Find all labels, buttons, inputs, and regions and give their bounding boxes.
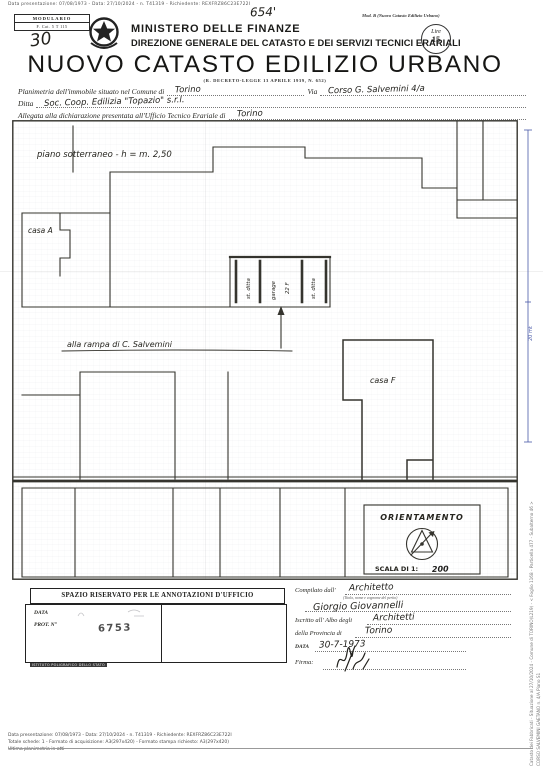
handwritten-sheet-number: 654'	[250, 5, 277, 20]
emblem-star	[93, 21, 115, 42]
comune-field: Torino	[167, 84, 304, 96]
wall-casa-f	[343, 340, 433, 479]
scanned-cadastral-document: Data presentazione: 07/08/1973 - Data: 2…	[0, 0, 543, 768]
digital-measure-line: 20 mt	[521, 126, 537, 446]
annotations-box-title: SPAZIO RISERVATO PER LE ANNOTAZIONI D'UF…	[30, 588, 285, 604]
modulario-title: MODULARIO	[15, 15, 89, 23]
floor-plan-drawing: piano sotterraneo - h = m. 2,50 casa A a…	[12, 120, 518, 580]
orientation-title: ORIENTAMENTO	[380, 513, 464, 522]
protocol-number-stamp: 6753	[98, 622, 132, 634]
ditta-field: Soc. Coop. Edilizia "Topazio" s.r.l.	[36, 96, 526, 108]
rule	[355, 637, 511, 638]
side-annotation: Catasto dei Fabbricati - Situazione al 2…	[529, 556, 542, 766]
albo-label: Iscritto all' Albo degli	[295, 617, 352, 624]
firma-label: Firma:	[295, 659, 313, 666]
lire-stamp: Lire 15	[421, 24, 451, 54]
comune-value: Torino	[175, 85, 201, 96]
compass-triangle	[412, 531, 433, 553]
scan-meta-header: Data presentazione: 07/08/1973 - Data: 2…	[8, 2, 250, 7]
compilato-value: Architetto	[349, 582, 394, 593]
side-annotation-line2: CORSO SALVEMINI GAETANO n. 4/A Piano S1	[536, 556, 542, 766]
modulario-box: MODULARIO F. Cat. 5 T 115	[14, 14, 90, 31]
document-subtitle: (R. DECRETO-LEGGE 13 APRILE 1939, N. 652…	[12, 78, 518, 83]
directorate-title: DIREZIONE GENERALE DEL CATASTO E DEI SER…	[131, 38, 461, 48]
annotations-data-label: DATA	[34, 610, 48, 616]
measure-value-label: 20 mt	[528, 326, 534, 341]
signature-icon	[333, 645, 377, 673]
wall-lower-left	[22, 372, 228, 479]
albo-value: Architetti	[373, 612, 415, 623]
state-emblem-icon	[85, 13, 123, 51]
wall-band-dividers	[75, 488, 345, 577]
floor-plan-area: piano sotterraneo - h = m. 2,50 casa A a…	[12, 120, 518, 580]
compilato-label: Compilato dall'	[295, 587, 336, 594]
room-garage-label: garage	[271, 280, 277, 300]
ditta-value: Soc. Coop. Edilizia "Topazio" s.r.l.	[44, 95, 185, 109]
wall-stepped-top	[110, 147, 457, 307]
modulario-code: F. Cat. 5 T 115	[15, 23, 89, 30]
lire-stamp-value: 15	[422, 35, 450, 44]
casa-f-label: casa F	[370, 376, 396, 385]
side-annotation-line1: Catasto dei Fabbricati - Situazione al 2…	[529, 556, 535, 766]
floor-level-label: piano sotterraneo - h = m. 2,50	[36, 150, 172, 160]
casa-a-label: casa A	[28, 226, 53, 235]
stamp-smudge	[78, 610, 144, 616]
room-garage-number: 22 F	[285, 281, 291, 294]
wall-right-column	[457, 122, 516, 218]
via-label: Via	[307, 87, 317, 96]
ramp-underline	[62, 350, 292, 351]
via-value: Corso G. Salvemini 4/a	[328, 84, 425, 97]
comune-label: Planimetria dell'immobile situato nel Co…	[18, 87, 164, 96]
scale-value-handwritten: 200	[432, 564, 449, 574]
compiler-section: Compilato dall' Architetto (Titolo, nome…	[295, 583, 521, 678]
form-row-ditta: Ditta Soc. Coop. Edilizia "Topazio" s.r.…	[18, 96, 529, 108]
room-left-label: st. ditta	[246, 278, 252, 299]
provincia-value: Torino	[365, 626, 393, 637]
faint-stamp-mark	[74, 607, 154, 621]
ditta-label: Ditta	[18, 99, 33, 108]
ufficio-label: Allegata alla dichiarazione presentata a…	[18, 111, 226, 120]
annotations-prot-label: PROT. N°	[34, 622, 57, 628]
ministry-title: MINISTERO DELLE FINANZE	[131, 23, 300, 35]
compiler-date-label: DATA	[295, 644, 309, 650]
ufficio-value: Torino	[236, 109, 262, 120]
signature-stroke	[337, 646, 369, 671]
ufficio-field: Torino	[229, 108, 527, 120]
footer-rule	[8, 748, 533, 749]
form-row-comune: Planimetria dell'immobile situato nel Co…	[18, 84, 529, 96]
printer-imprint: ISTITUTO POLIGRAFICO DELLO STATO	[30, 663, 107, 667]
rule	[345, 594, 511, 595]
footer-line-2: Totale schede: 1 - Formato di acquisizio…	[8, 740, 232, 747]
scan-footer: Data presentazione: 07/08/1973 - Data: 2…	[8, 733, 232, 754]
plan-border	[13, 121, 517, 579]
scale-label: SCALA DI 1:	[375, 565, 418, 573]
wall-bottom-band	[22, 488, 508, 577]
ramp-label: alla rampa di C. Salvemini	[67, 340, 173, 349]
form-row-ufficio: Allegata alla dichiarazione presentata a…	[18, 108, 529, 120]
compass-center-dot	[420, 542, 424, 546]
provincia-label: della Provincia di	[295, 630, 342, 637]
annotations-box-divider	[161, 605, 162, 662]
document-title: NUOVO CATASTO EDILIZIO URBANO	[12, 51, 518, 79]
handwritten-folio-number: 30	[29, 29, 53, 52]
via-field: Corso G. Salvemini 4/a	[320, 84, 526, 96]
room-right-label: st. ditta	[311, 278, 317, 299]
mod-b-label: Mod. B (Nuovo Catasto Edilizio Urbano)	[362, 13, 440, 18]
footer-line-1: Data presentazione: 07/08/1973 - Data: 2…	[8, 733, 232, 740]
annotations-box: DATA PROT. N° 6753	[25, 604, 287, 663]
